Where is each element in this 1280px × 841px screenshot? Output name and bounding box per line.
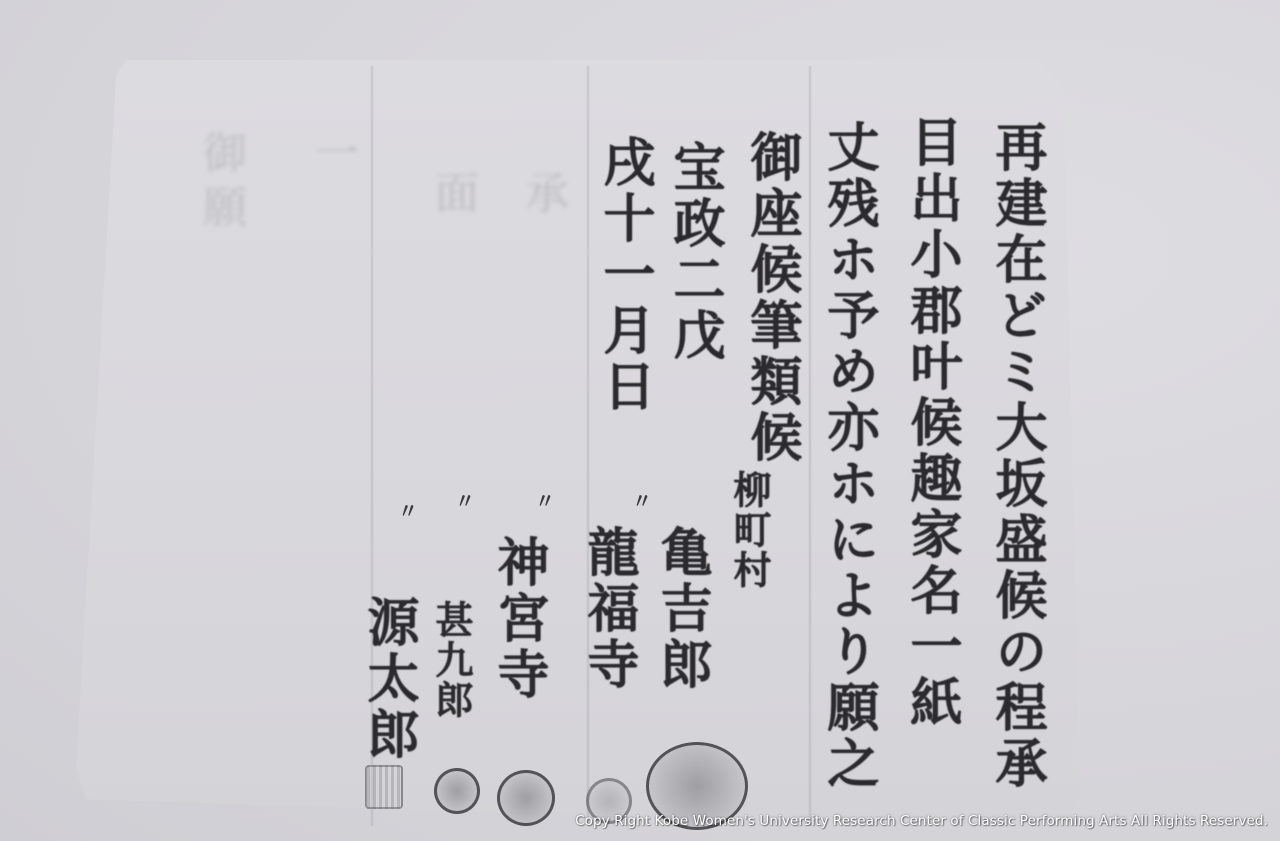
seal-stamp bbox=[365, 765, 403, 809]
ditto-mark: 〃 bbox=[535, 485, 555, 514]
signatory-name: 甚九郎 bbox=[432, 600, 470, 720]
bleed-through-text: 御願 bbox=[188, 130, 252, 238]
ditto-mark: 〃 bbox=[398, 495, 418, 524]
ditto-mark: 〃 bbox=[455, 485, 475, 514]
date-column: 宝政二戊 bbox=[668, 140, 720, 364]
document-column-3: 丈残ホ予め亦ホにより願之 bbox=[822, 120, 874, 792]
document-column-4: 御座候筆類候 bbox=[745, 130, 797, 466]
ditto-mark: 〃 bbox=[632, 485, 652, 514]
seal-stamp bbox=[434, 768, 480, 814]
place-name: 柳町村 bbox=[730, 470, 768, 590]
document-column-1: 再建在どミ大坂盛候の程承 bbox=[990, 120, 1042, 792]
paper-fold-line bbox=[586, 66, 590, 826]
signatory-name: 龍福寺 bbox=[582, 525, 634, 693]
signatory-name: 亀吉郎 bbox=[655, 525, 707, 693]
seal-stamp bbox=[497, 770, 555, 826]
signatory-name: 源太郎 bbox=[362, 595, 414, 763]
document-column-2: 目出小郡叶候趣家名一紙 bbox=[905, 115, 957, 731]
signatory-name: 神宮寺 bbox=[492, 535, 544, 703]
copyright-watermark: Copy Right Kobe Women's University Resea… bbox=[575, 813, 1268, 829]
date-day-column: 戌十一月日 bbox=[598, 135, 650, 415]
bleed-through-text: 面 bbox=[420, 170, 484, 224]
bleed-through-text: 一 bbox=[300, 130, 364, 184]
paper-fold-line bbox=[808, 66, 812, 826]
bleed-through-text: 承 bbox=[510, 170, 574, 224]
